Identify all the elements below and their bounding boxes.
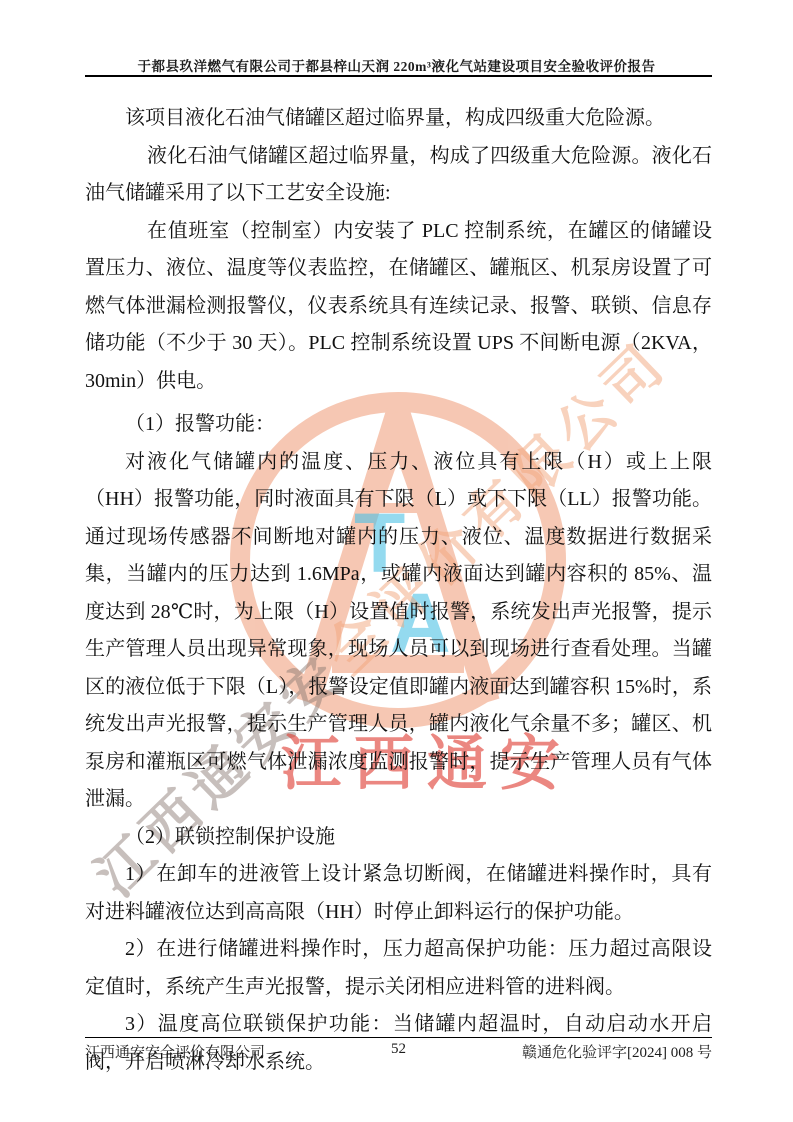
paragraph-heading: （2）联锁控制保护设施 (85, 819, 712, 857)
footer-doc-number: 赣通危化验评字[2024] 008 号 (406, 1041, 712, 1062)
paragraph: 在值班室（控制室）内安装了 PLC 控制系统，在罐区的储罐设置压力、液位、温度等… (85, 213, 712, 401)
header-rule (85, 75, 712, 77)
paragraph-list-item: 1）在卸车的进液管上设计紧急切断阀，在储罐进料操作时，具有对进料罐液位达到高高限… (85, 856, 712, 931)
page-footer: 江西通安安全评价有限公司 52 赣通危化验评字[2024] 008 号 (85, 1041, 712, 1062)
header-title: 于都县玖洋燃气有限公司于都县梓山天润 220m³液化气站建设项目安全验收评价报告 (0, 55, 793, 75)
footer-company: 江西通安安全评价有限公司 (85, 1041, 391, 1062)
document-page: 于都县玖洋燃气有限公司于都县梓山天润 220m³液化气站建设项目安全验收评价报告… (0, 0, 793, 1122)
paragraph: 该项目液化石油气储罐区超过临界量，构成四级重大危险源。 (85, 100, 712, 138)
footer-page-number: 52 (391, 1041, 406, 1058)
paragraph-list-item: 2）在进行储罐进料操作时，压力超高保护功能：压力超过高限设定值时，系统产生声光报… (85, 931, 712, 1006)
paragraph: 液化石油气储罐区超过临界量，构成了四级重大危险源。液化石油气储罐采用了以下工艺安… (85, 138, 712, 213)
document-body: 该项目液化石油气储罐区超过临界量，构成四级重大危险源。 液化石油气储罐区超过临界… (85, 100, 712, 1081)
paragraph: 对液化气储罐内的温度、压力、液位具有上限（H）或上上限（HH）报警功能，同时液面… (85, 444, 712, 819)
paragraph-heading: （1）报警功能： (85, 406, 712, 444)
